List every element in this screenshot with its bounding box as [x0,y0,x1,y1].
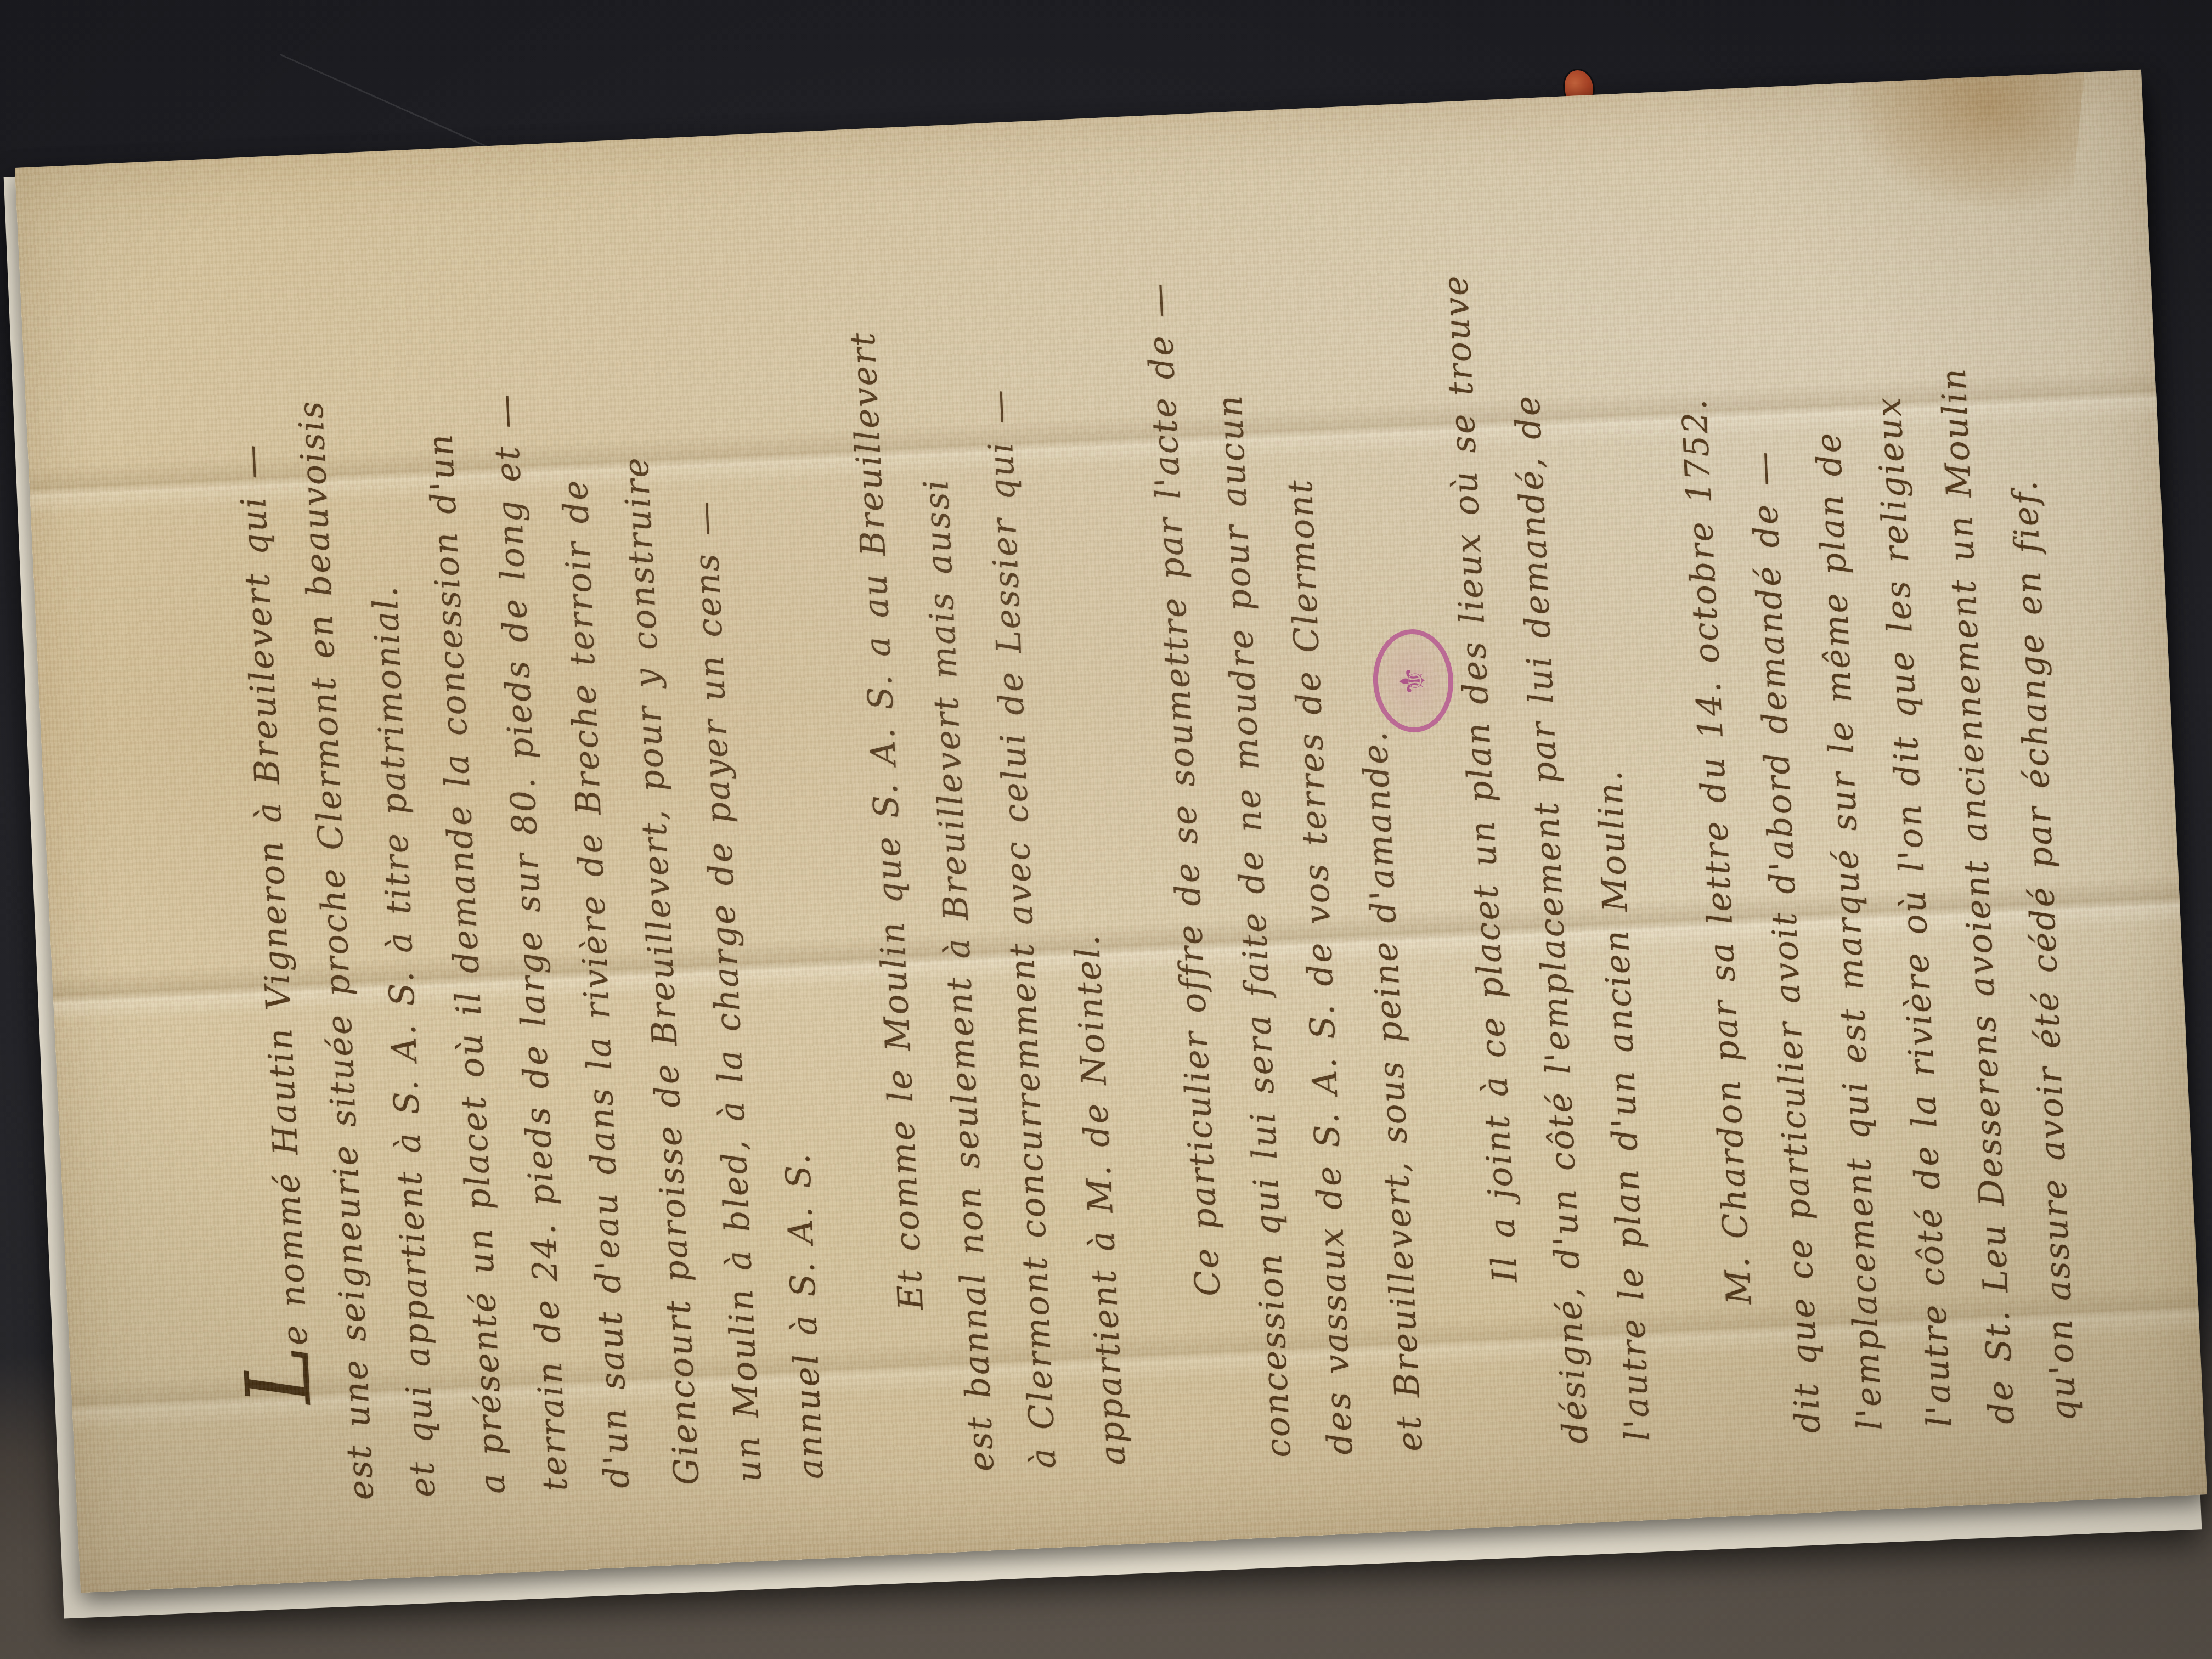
fleur-de-lis-icon: ⚜ [1392,664,1435,697]
manuscript-page: Le nommé Hautin Vigneron à Breuilevert q… [15,70,2207,1593]
paragraph-3: Ce particulier offre de se soumettre par… [1122,151,1441,1462]
paragraph-1: Le nommé Hautin Vigneron à Breuilevert q… [176,179,847,1506]
paragraph-2: Et comme le Moulin que S. A. S. a au Bre… [825,165,1143,1476]
paragraph-5: M. Chardon par sa lettre du 14. octobre … [1651,121,2100,1437]
manuscript-text: Le nommé Hautin Vigneron à Breuilevert q… [176,117,2187,1506]
paragraph-4: Il a joint à ce placet un plan des lieux… [1419,140,1673,1448]
